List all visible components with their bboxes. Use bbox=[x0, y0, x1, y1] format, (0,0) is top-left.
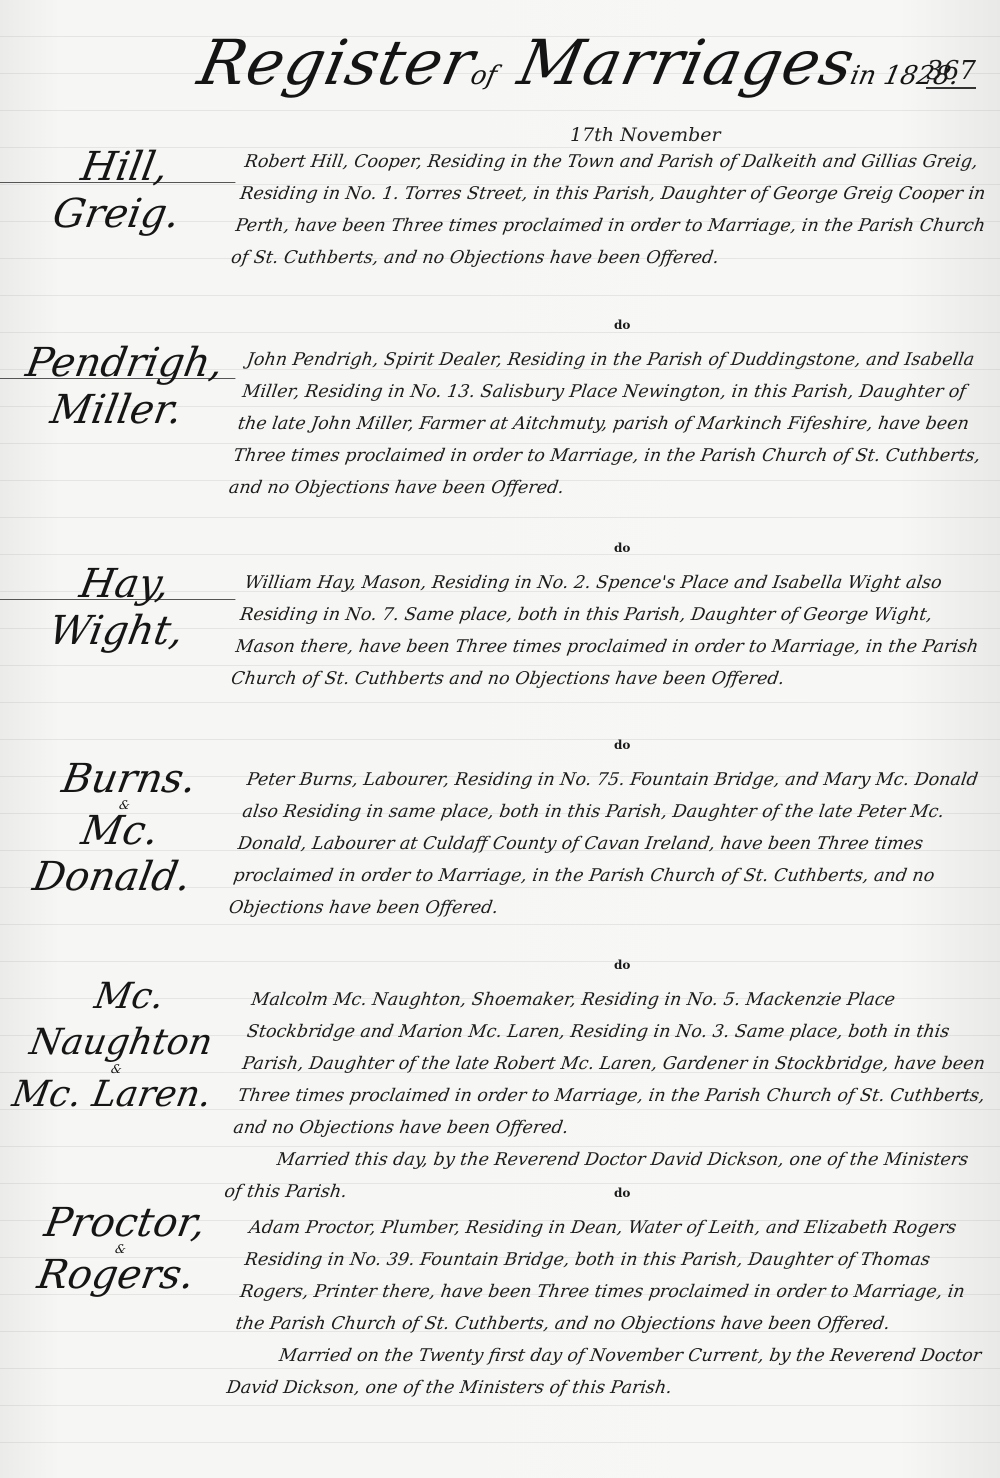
groom-surname: Pendrigh, bbox=[23, 340, 227, 386]
bride-surname: Greig. bbox=[49, 191, 183, 237]
page-header: Registerof Marriagesin 1828. 367 bbox=[180, 8, 980, 118]
ditto-mark: do bbox=[614, 738, 630, 752]
groom-surname: Proctor, bbox=[41, 1200, 209, 1246]
title-word-marriages: Marriages bbox=[512, 26, 861, 99]
entry-surnames: Burns. & Mc. Donald. bbox=[0, 756, 246, 900]
entry-text: William Hay, Mason, Residing in No. 2. S… bbox=[229, 567, 1000, 695]
marriage-note: Married on the Twenty first day of Novem… bbox=[225, 1340, 989, 1404]
entry-text: Peter Burns, Labourer, Residing in No. 7… bbox=[227, 764, 1000, 924]
bride-surname: Rogers. bbox=[34, 1252, 198, 1298]
marriage-note: Married this day, by the Reverend Doctor… bbox=[222, 1144, 986, 1208]
bride-surname: Mc. Laren. bbox=[9, 1074, 215, 1115]
register-page: Registerof Marriagesin 1828. 367 17th No… bbox=[0, 0, 1000, 1478]
title-word-of: of bbox=[468, 61, 500, 91]
ditto-mark: do bbox=[614, 958, 630, 972]
entry-surnames: Hay, Wight, bbox=[0, 561, 241, 654]
ampersand: & bbox=[3, 1066, 229, 1072]
ditto-mark: do bbox=[614, 318, 630, 332]
entry-text: John Pendrigh, Spirit Dealer, Residing i… bbox=[227, 344, 1000, 504]
ditto-mark: do bbox=[614, 541, 630, 555]
entry-text: Robert Hill, Cooper, Residing in the Tow… bbox=[229, 146, 1000, 274]
entry-surnames: Mc. Naughton & Mc. Laren. bbox=[0, 974, 246, 1118]
proclamation-text: John Pendrigh, Spirit Dealer, Residing i… bbox=[228, 350, 982, 498]
register-title: Registerof Marriagesin 1828. bbox=[192, 26, 969, 99]
groom-surname: Burns. bbox=[58, 756, 199, 802]
bride-surname: Miller. bbox=[47, 387, 186, 433]
page-number: 367 bbox=[926, 56, 976, 89]
entry-date: 17th November bbox=[570, 124, 721, 146]
entry-surnames: Proctor, & Rogers. bbox=[0, 1200, 242, 1298]
entry-surnames: Hill, Greig. bbox=[0, 144, 241, 237]
groom-surname: Hay, bbox=[76, 561, 173, 607]
ditto-mark: do bbox=[614, 1186, 630, 1200]
bride-surname: Mc. Donald. bbox=[29, 808, 194, 900]
entry-surnames: Pendrigh, Miller. bbox=[0, 340, 241, 433]
proclamation-text: William Hay, Mason, Residing in No. 2. S… bbox=[230, 573, 980, 689]
proclamation-text: Adam Proctor, Plumber, Residing in Dean,… bbox=[234, 1218, 966, 1334]
groom-surname: Mc. Naughton bbox=[27, 976, 216, 1063]
proclamation-text: Peter Burns, Labourer, Residing in No. 7… bbox=[228, 770, 980, 918]
proclamation-text: Malcolm Mc. Naughton, Shoemaker, Residin… bbox=[232, 990, 986, 1138]
groom-surname: Hill, bbox=[78, 144, 172, 190]
bride-surname: Wight, bbox=[46, 608, 187, 654]
title-word-register: Register bbox=[192, 26, 481, 99]
proclamation-text: Robert Hill, Cooper, Residing in the Tow… bbox=[230, 152, 987, 268]
entry-text: Adam Proctor, Plumber, Residing in Dean,… bbox=[225, 1212, 1000, 1404]
entry-text: Malcolm Mc. Naughton, Shoemaker, Residin… bbox=[222, 984, 1000, 1208]
